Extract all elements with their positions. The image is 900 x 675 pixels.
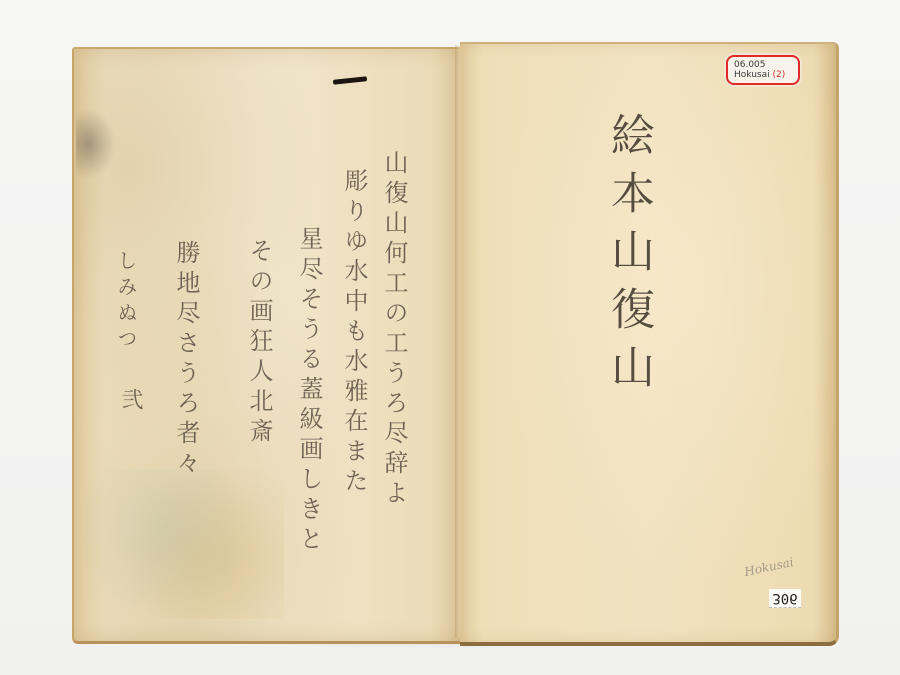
calligraphy-column-4: その画狂人北斎 (245, 238, 273, 448)
footer-mark: 弐 (116, 388, 144, 416)
calligraphy-column-3: 星尽そうる蓋級画しきと (295, 226, 323, 556)
calligraphy-column-1: 山復山何工の工うろ尽辞よ (380, 150, 408, 510)
collection-label: 06.005 Hokusai (2) (726, 55, 800, 85)
inventory-sticker: 306 (769, 589, 801, 608)
water-stain (84, 469, 284, 619)
label-artist: Hokusai (2) (734, 70, 798, 80)
label-catalog-number: 06.005 (734, 60, 798, 70)
calligraphy-column-5: 勝地尽さうろ者々 (172, 240, 200, 480)
book-title-inscription: 絵本山復山 (596, 112, 660, 402)
calligraphy-column-2: 彫りゆ水中も水雅在また (340, 168, 368, 498)
corner-stain (76, 109, 116, 179)
calligraphy-column-6: しみぬつ (112, 250, 140, 354)
